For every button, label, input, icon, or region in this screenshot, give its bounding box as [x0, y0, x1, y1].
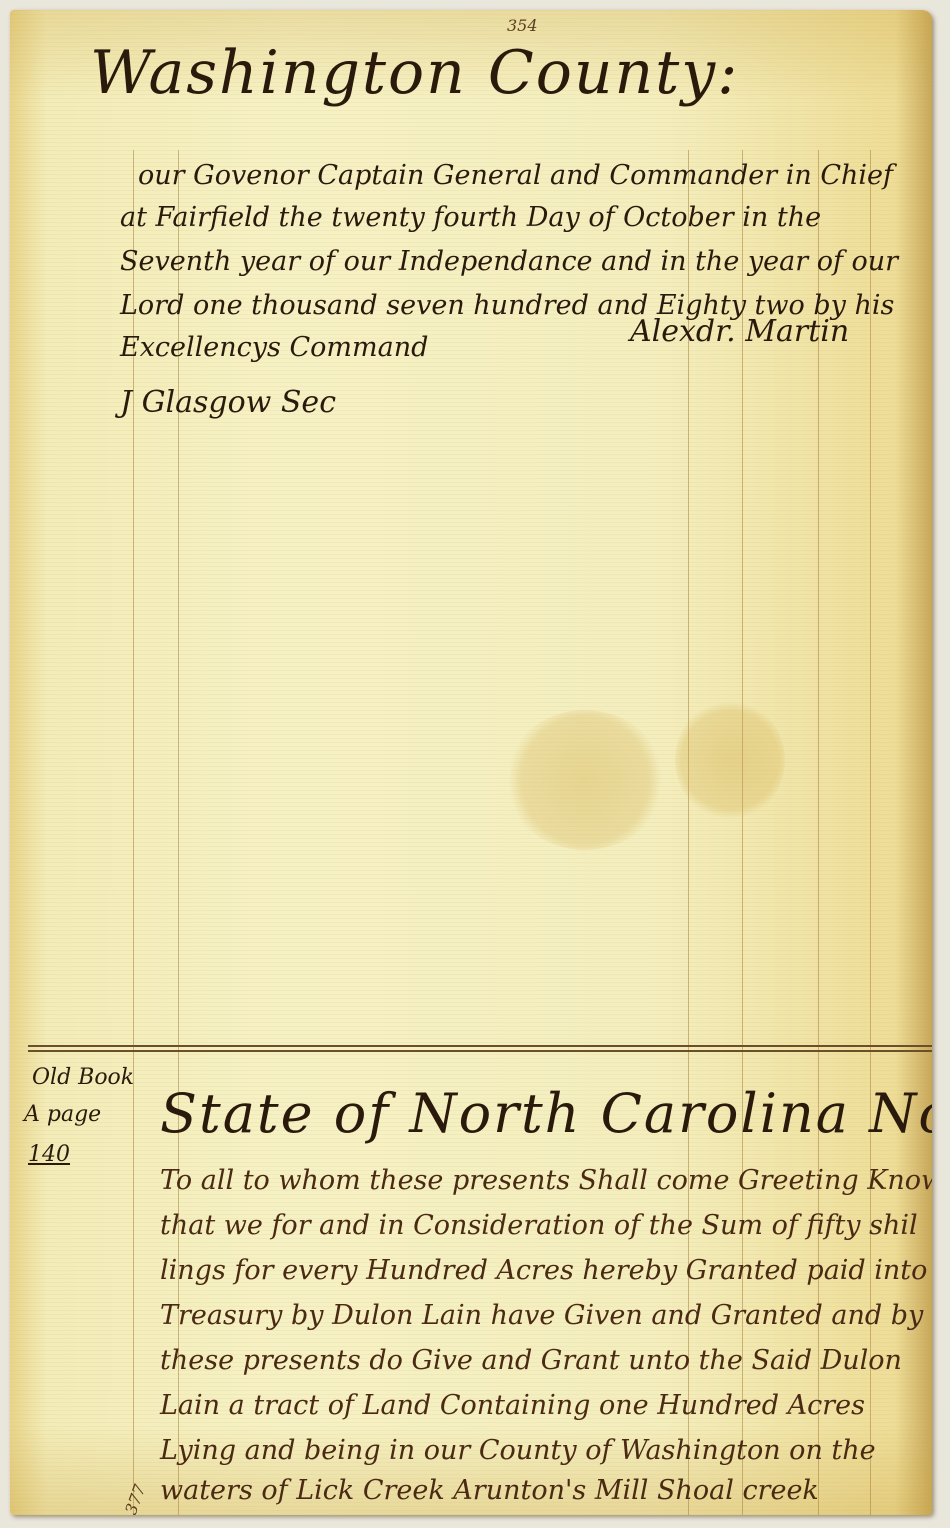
text-line: Lying and being in our County of Washing…	[160, 1435, 876, 1466]
margin-number: 377	[121, 1482, 149, 1515]
text-line: Seventh year of our Independance and in …	[120, 246, 898, 277]
water-stain	[505, 710, 665, 850]
text-line: our Govenor Captain General and Commande…	[138, 160, 893, 191]
text-line: Lain a tract of Land Containing one Hund…	[160, 1390, 865, 1421]
divider-line	[28, 1050, 932, 1052]
signature-secretary: J Glasgow Sec	[120, 385, 336, 420]
manuscript-page: 354 Washington County: our Govenor Capta…	[10, 10, 932, 1515]
text-line: at Fairfield the twenty fourth Day of Oc…	[120, 202, 821, 233]
text-line: waters of Lick Creek Arunton's Mill Shoa…	[160, 1475, 819, 1506]
water-stain	[675, 700, 785, 820]
margin-note-line: A page	[24, 1102, 101, 1127]
text-line: that we for and in Consideration of the …	[160, 1210, 918, 1241]
text-line: lings for every Hundred Acres hereby Gra…	[160, 1255, 932, 1286]
margin-note-line: 140	[28, 1142, 70, 1167]
signature-governor: Alexdr. Martin	[630, 314, 849, 349]
text-line: Treasury by Dulon Lain have Given and Gr…	[160, 1300, 923, 1331]
text-line: these presents do Give and Grant unto th…	[160, 1345, 902, 1376]
divider-line	[28, 1045, 932, 1047]
margin-note-line: Old Book	[32, 1065, 134, 1090]
section-heading-washington-county: Washington County:	[90, 38, 739, 108]
text-line: Excellencys Command	[120, 332, 428, 363]
page-number: 354	[507, 16, 538, 35]
text-line: To all to whom these presents Shall come…	[160, 1165, 932, 1196]
section-heading-state-of-north-carolina: State of North Carolina No. 33	[160, 1082, 932, 1145]
